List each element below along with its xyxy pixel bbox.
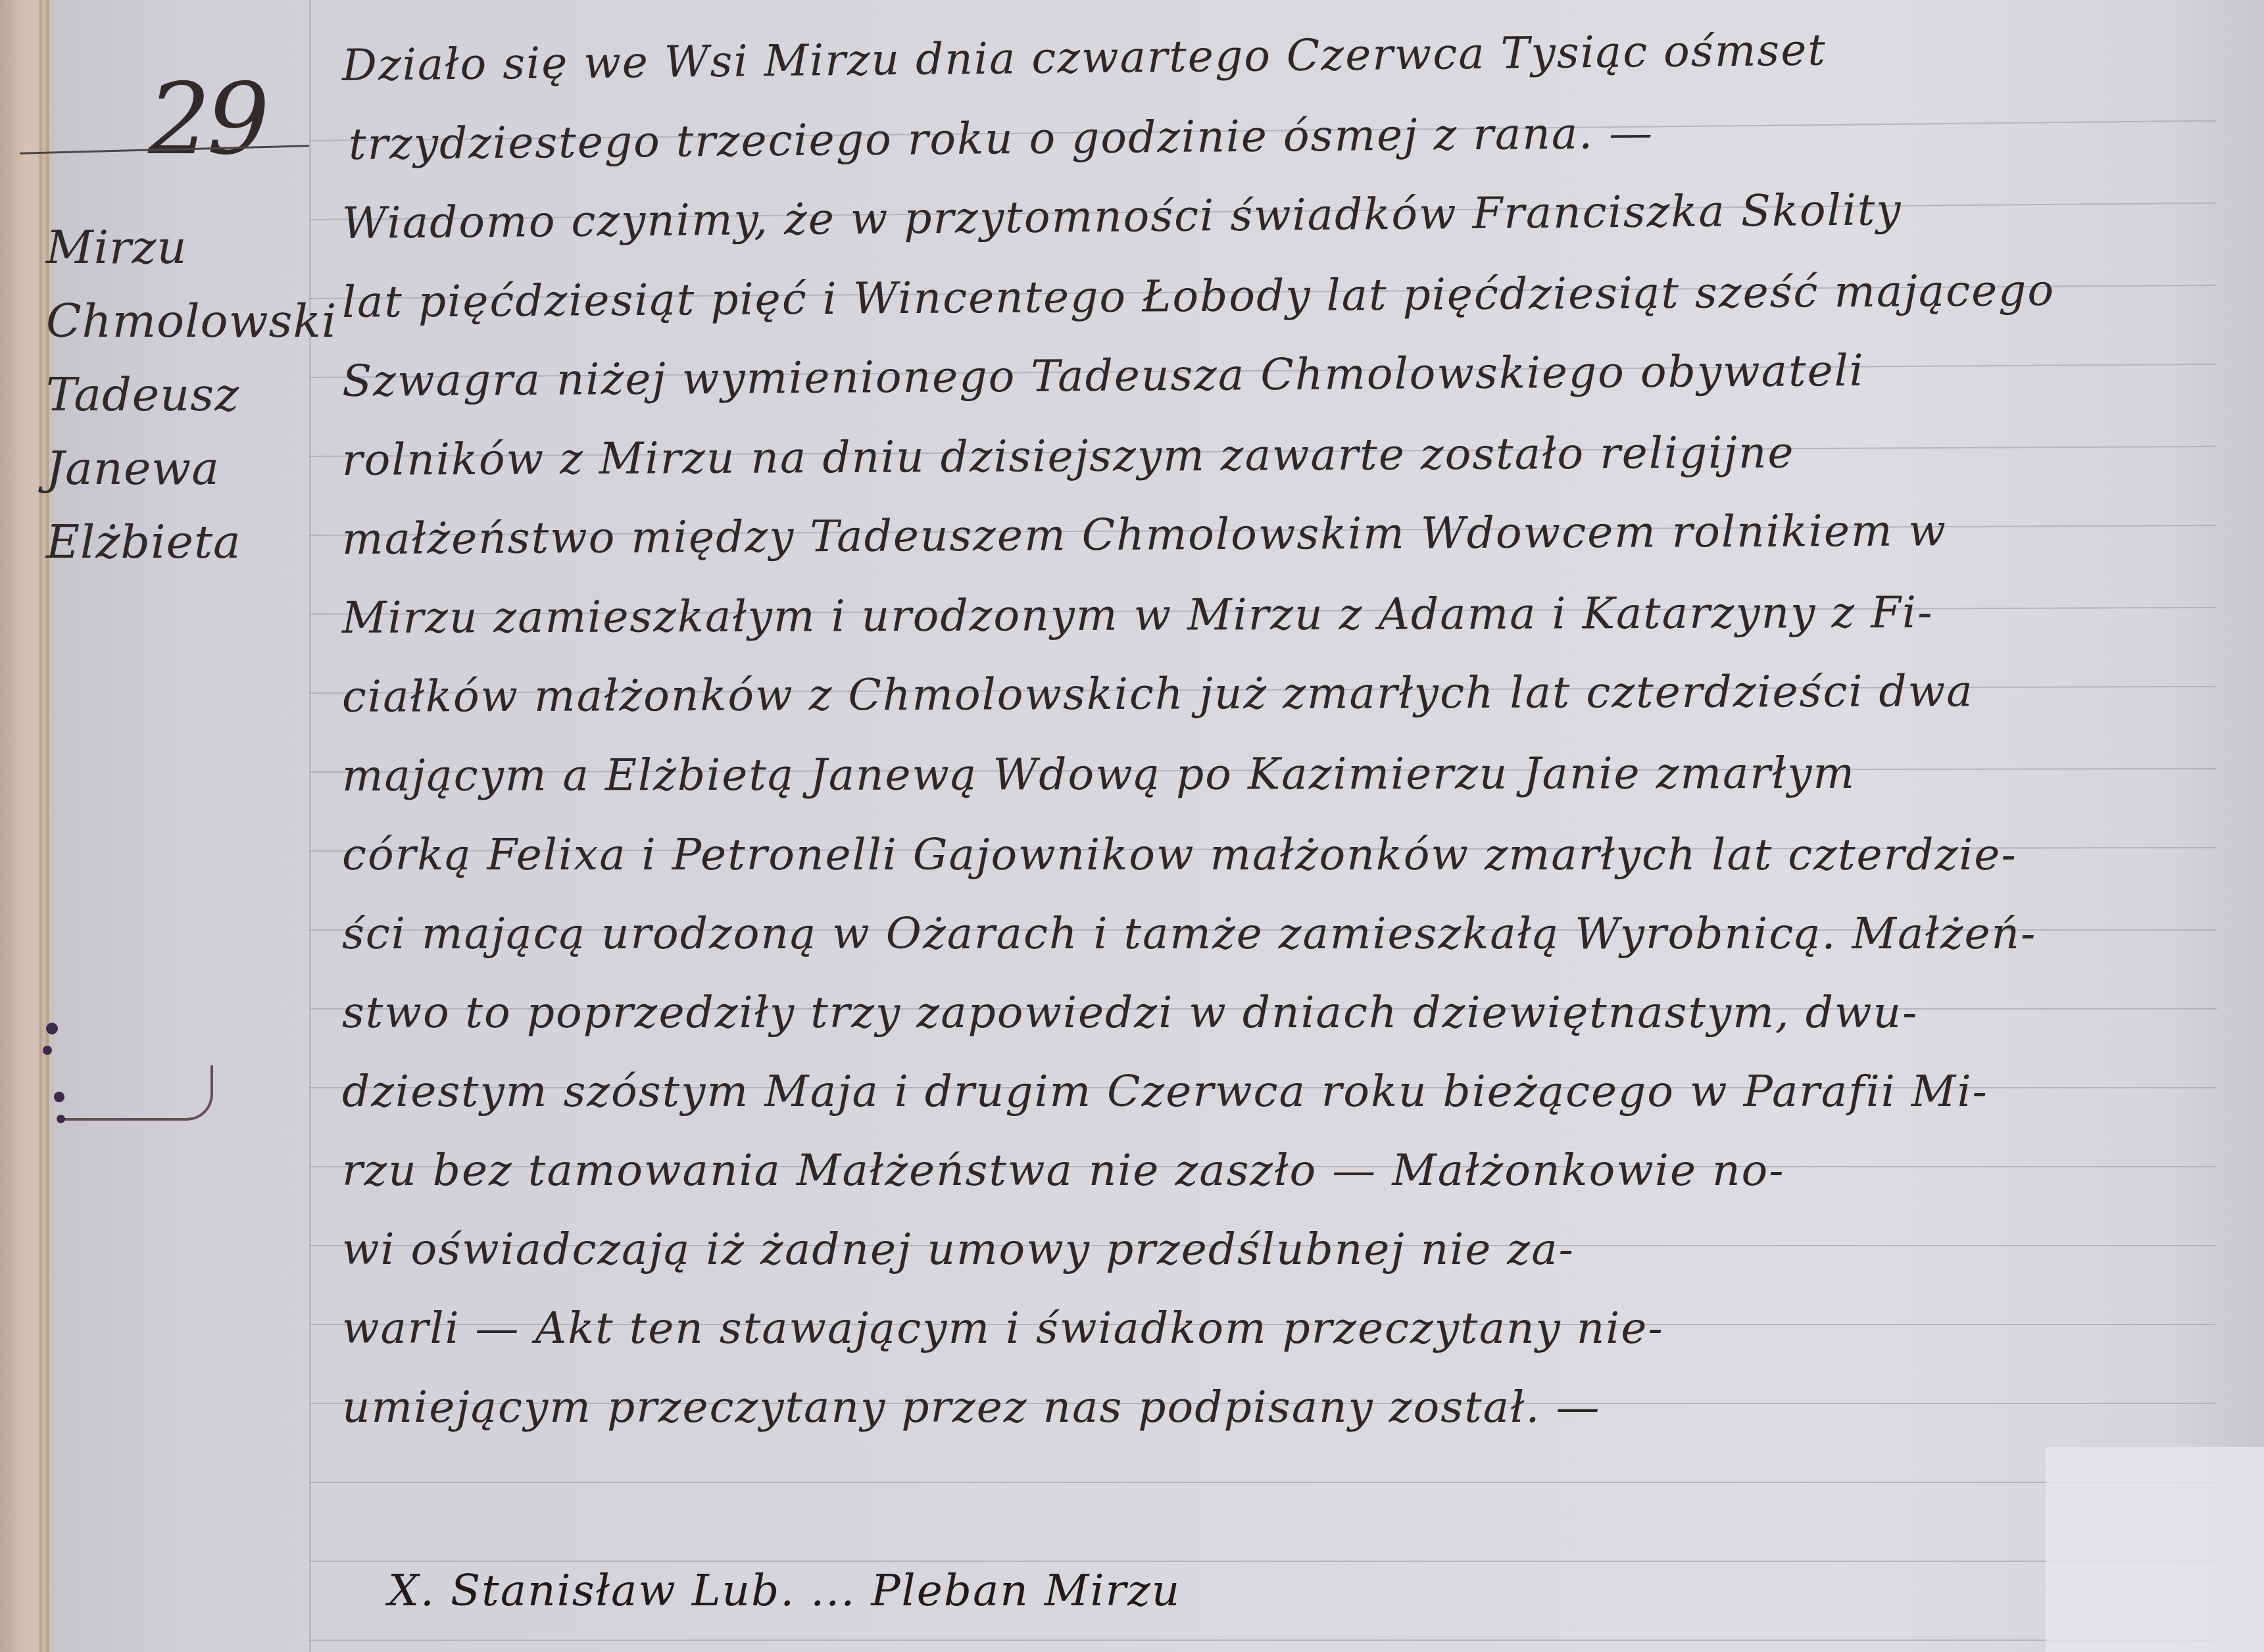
record-line: małżeństwo między Tadeuszem Chmolowskim … (342, 490, 2217, 579)
margin-bride-name: Elżbieta (46, 505, 303, 579)
record-line: Wiadomo czynimy, że w przytomności świad… (341, 168, 2217, 263)
margin-rule (309, 0, 311, 1652)
record-line: warli — Akt ten stawającym i świadkom pr… (342, 1289, 2217, 1368)
record-line: ciałków małżonków z Chmolowskich już zma… (342, 651, 2217, 737)
record-line: stwo to poprzedziły trzy zapowiedzi w dn… (342, 973, 2217, 1052)
record-line: ści mającą urodzoną w Ożarach i tamże za… (342, 894, 2217, 973)
entry-number: 29 (148, 62, 266, 177)
ink-stain (54, 1092, 64, 1102)
ruled-line (309, 1561, 2217, 1562)
margin-annotation: Mirzu Chmolowski Tadeusz Janewa Elżbieta (46, 210, 303, 579)
margin-groom-surname: Chmolowski (46, 284, 303, 358)
margin-groom-name: Tadeusz (46, 358, 303, 431)
record-line: rolników z Mirzu na dniu dzisiejszym zaw… (342, 411, 2217, 500)
ink-stain (43, 1046, 52, 1055)
scan-glare (2046, 1447, 2264, 1652)
record-body: Działo się we Wsi Mirzu dnia czwartego C… (342, 26, 2217, 1447)
ruled-line (309, 1482, 2217, 1483)
margin-bride-surname: Janewa (46, 431, 303, 505)
register-page: 29 Mirzu Chmolowski Tadeusz Janewa Elżbi… (0, 0, 2264, 1652)
ink-flourish (59, 1065, 213, 1121)
ruled-line (309, 1640, 2217, 1641)
record-line: wi oświadczają iż żadnej umowy przedślub… (342, 1210, 2217, 1289)
record-line: Szwagra niżej wymienionego Tadeusza Chmo… (342, 329, 2217, 421)
margin-village: Mirzu (46, 210, 303, 284)
record-line: córką Felixa i Petronelli Gajownikow mał… (342, 815, 2217, 894)
record-line: umiejącym przeczytany przez nas podpisan… (342, 1368, 2217, 1447)
record-line: Działo się we Wsi Mirzu dnia czwartego C… (341, 7, 2217, 105)
record-line: dziestym szóstym Maja i drugim Czerwca r… (342, 1052, 2217, 1131)
record-line: Mirzu zamieszkałym i urodzonym w Mirzu z… (342, 572, 2217, 658)
ink-stain (57, 1115, 65, 1123)
record-line: rzu bez tamowania Małżeństwa nie zaszło … (342, 1131, 2217, 1210)
record-line: mającym a Elżbietą Janewą Wdową po Kazim… (342, 733, 2217, 815)
ink-stain (46, 1023, 58, 1034)
priest-signature: X. Stanisław Lub. ... Pleban Mirzu (388, 1565, 1181, 1616)
record-line: lat pięćdziesiąt pięć i Wincentego Łobod… (342, 250, 2217, 342)
